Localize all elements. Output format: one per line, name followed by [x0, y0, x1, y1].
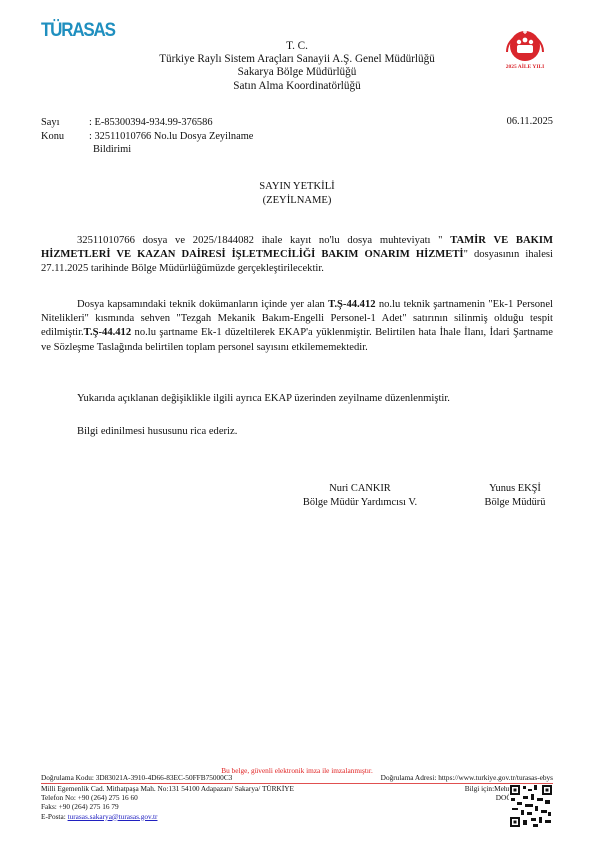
paragraph-3: Yukarıda açıklanan değişiklikle ilgili a… — [77, 393, 450, 404]
paragraph-2: Dosya kapsamındaki teknik dokümanların i… — [41, 298, 553, 355]
signer-name: Nuri CANKIR — [275, 482, 445, 496]
salutation-line: SAYIN YETKİLİ — [0, 180, 594, 194]
email-link[interactable]: turasas.sakarya@turasas.gov.tr — [68, 812, 158, 821]
paragraph-1: 32511010766 dosya ve 2025/1844082 ihale … — [41, 234, 553, 277]
spec-number: T.Ş-44.412 — [84, 327, 131, 338]
konu-label: Konu — [41, 130, 64, 143]
qr-code-icon — [509, 784, 553, 828]
verification-address[interactable]: Doğrulama Adresi: https://www.turkiye.go… — [381, 773, 553, 782]
header-line: T. C. — [0, 40, 594, 53]
sayi-label: Sayı — [41, 116, 59, 129]
email-label: E-Posta: — [41, 812, 68, 821]
fax: Faks: +90 (264) 275 16 79 — [41, 802, 294, 811]
konu-value: : 32511010766 No.lu Dosya Zeyilname — [89, 130, 253, 143]
konu-value-cont: Bildirimi — [93, 143, 131, 156]
sayi-value: : E-85300394-934.99-376586 — [89, 116, 213, 129]
signature-block: Nuri CANKIR Bölge Müdür Yardımcısı V. — [275, 482, 445, 510]
phone: Telefon No: +90 (264) 275 16 60 — [41, 793, 294, 802]
signer-name: Yunus EKŞİ — [470, 482, 560, 496]
turasas-logo: TÜRASAS — [41, 19, 115, 42]
salutation-subtitle: (ZEYİLNAME) — [0, 194, 594, 208]
salutation: SAYIN YETKİLİ (ZEYİLNAME) — [0, 180, 594, 207]
text: 32511010766 dosya ve 2025/1844082 ihale … — [77, 235, 450, 246]
signature-block: Yunus EKŞİ Bölge Müdürü — [470, 482, 560, 510]
header-line: Satın Alma Koordinatörlüğü — [0, 80, 594, 93]
spec-number: T.Ş-44.412 — [328, 299, 375, 310]
address: Milli Egemenlik Cad. Mithatpaşa Mah. No:… — [41, 784, 294, 793]
letterhead: T. C. Türkiye Raylı Sistem Araçları Sana… — [0, 40, 594, 93]
document-meta: Sayı : E-85300394-934.99-376586 Konu : 3… — [0, 116, 594, 156]
text: Dosya kapsamındaki teknik dokümanların i… — [77, 299, 328, 310]
verification-code: Doğrulama Kodu: 3D83021A-3910-4D66-83EC-… — [41, 773, 232, 782]
document-date: 06.11.2025 — [507, 116, 553, 127]
verification-line: Doğrulama Kodu: 3D83021A-3910-4D66-83EC-… — [41, 773, 553, 784]
paragraph-4: Bilgi edinilmesi hususunu rica ederiz. — [77, 426, 237, 437]
email-row: E-Posta: turasas.sakarya@turasas.gov.tr — [41, 812, 294, 821]
contact-info: Milli Egemenlik Cad. Mithatpaşa Mah. No:… — [41, 784, 294, 821]
signer-title: Bölge Müdür Yardımcısı V. — [275, 496, 445, 510]
header-line: Sakarya Bölge Müdürlüğü — [0, 66, 594, 79]
header-line: Türkiye Raylı Sistem Araçları Sanayii A.… — [0, 53, 594, 66]
signer-title: Bölge Müdürü — [470, 496, 560, 510]
